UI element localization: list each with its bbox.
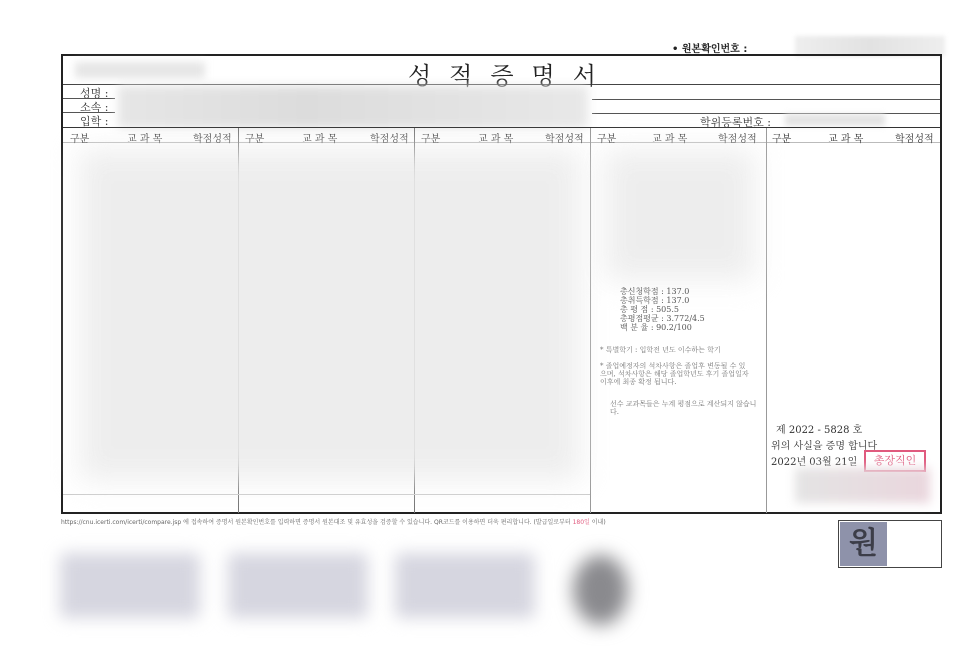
blurred-round-button[interactable]	[573, 555, 628, 625]
university-name-redacted	[75, 62, 205, 78]
original-verification-number-redacted	[795, 36, 945, 56]
verification-footer: https://cnu.icerti.com/icerti/compare.js…	[61, 517, 606, 526]
blurred-button-3[interactable]	[395, 553, 535, 618]
col5-credit: 학점성적	[895, 130, 934, 145]
col1-credit: 학점성적	[193, 130, 232, 145]
issue-date: 2022년 03월 21일	[771, 453, 857, 468]
col2-subject: 교 과 목	[302, 130, 337, 145]
col4-subject: 교 과 목	[652, 130, 687, 145]
certificate-number: 제 2022 - 5828 호	[776, 421, 862, 436]
certification-statement: 위의 사실을 증명 합니다	[771, 437, 877, 452]
degree-registration-redacted	[785, 114, 885, 126]
student-info-redacted	[118, 86, 588, 128]
course-grades-redacted-2	[605, 150, 755, 280]
graduation-rank-note: * 졸업예정자의 석차사항은 졸업후 변동될 수 있으며, 석차사항은 해당 졸…	[600, 362, 750, 386]
col4-category: 구분	[597, 130, 616, 145]
prerequisite-note: 선수 교과목들은 누계 평점으로 계산되지 않습니다.	[610, 400, 760, 416]
col3-subject: 교 과 목	[478, 130, 513, 145]
blurred-button-2[interactable]	[228, 553, 368, 618]
original-stamp-icon: 원	[840, 522, 887, 566]
col2-credit: 학점성적	[370, 130, 409, 145]
special-semester-note: * 특별학기 : 입학전 년도 이수하는 학기	[600, 346, 760, 354]
blurred-button-1[interactable]	[60, 553, 200, 618]
president-signature-redacted	[795, 468, 930, 503]
col2-category: 구분	[245, 130, 264, 145]
col5-category: 구분	[772, 130, 791, 145]
col1-subject: 교 과 목	[127, 130, 162, 145]
course-grades-redacted	[80, 150, 580, 480]
original-verification-label: • 원본확인번호 :	[672, 40, 747, 55]
col5-subject: 교 과 목	[828, 130, 863, 145]
summary-stats: 총신청학점 : 137.0 총취득학점 : 137.0 총 평 점 : 505.…	[620, 287, 705, 332]
verification-url[interactable]: https://cnu.icerti.com/icerti/compare.js…	[61, 519, 181, 526]
col3-category: 구분	[421, 130, 440, 145]
col1-category: 구분	[70, 130, 89, 145]
col3-credit: 학점성적	[545, 130, 584, 145]
col4-credit: 학점성적	[718, 130, 757, 145]
